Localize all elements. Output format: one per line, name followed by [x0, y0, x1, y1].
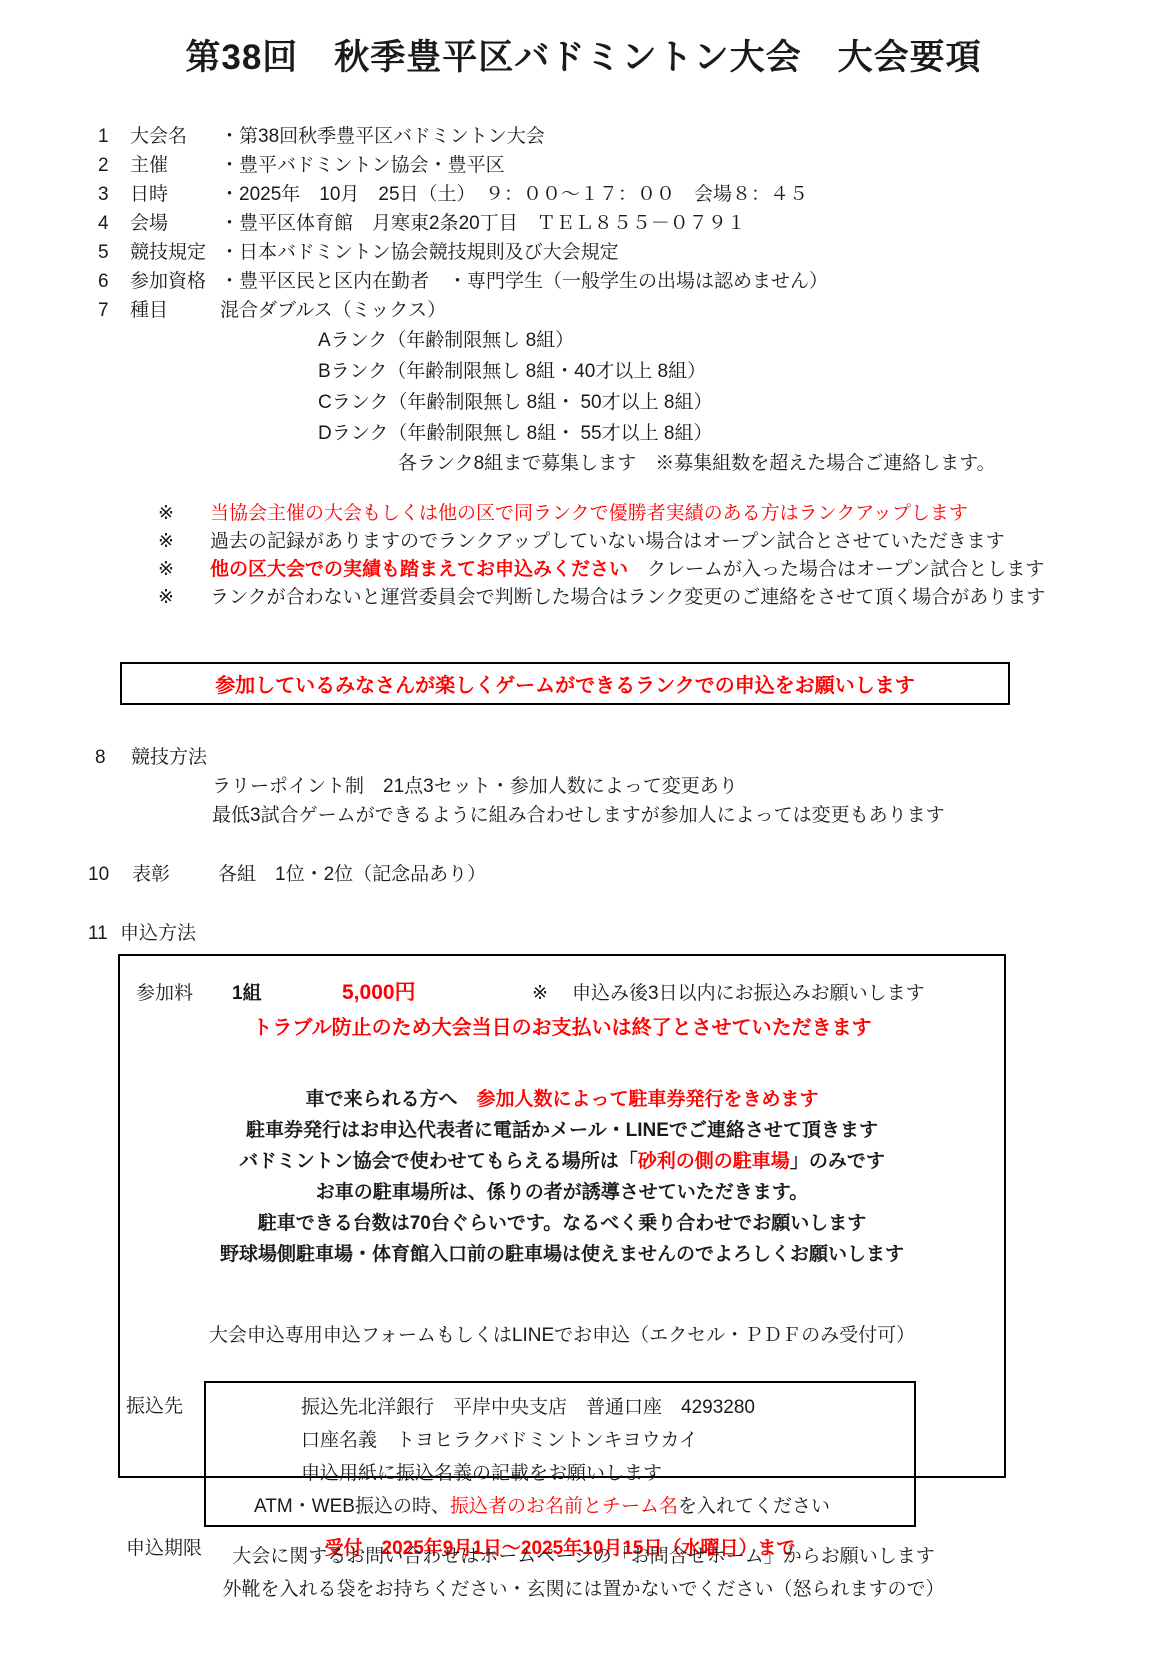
- item-number: 6: [98, 267, 130, 296]
- item-value: ・2025年 10月 25日（土） ９：００～１７：００ 会場８：４５: [220, 180, 1167, 209]
- remarks-list: ※ 当協会主催の大会もしくは他の区で同ランクで優勝者実績のある方はランクアップし…: [158, 500, 1167, 612]
- remark-text: 他の区大会での実績も踏まえてお申込みください クレームが入った場合はオープン試合…: [210, 556, 1167, 584]
- parking-line-4: お車の駐車場所は、係りの者が誘導させていただきます。: [120, 1177, 1004, 1208]
- fee-row: 参加料 1組 5,000円 ※ 申込み後3日以内にお振込みお願いします: [136, 976, 1004, 1006]
- remark-marker: ※: [158, 584, 210, 612]
- item-value: ・豊平バドミントン協会・豊平区: [220, 151, 1167, 180]
- remark-other-wards: ※ 他の区大会での実績も踏まえてお申込みください クレームが入った場合はオープン…: [158, 556, 1167, 584]
- remark-black: ランクが合わないと運営委員会で判断した場合はランク変更のご連絡をさせて頂く場合が…: [210, 587, 1045, 608]
- item-value: ・豊平区体育館 月寒東2条20丁目 ＴＥＬ８５５－０７９１: [220, 209, 1167, 238]
- item-value: 混合ダブルス（ミックス）: [220, 296, 1167, 325]
- bank-atm-post: を入れてください: [678, 1496, 830, 1517]
- fee-note: 申込み後3日以内にお振込みお願いします: [572, 978, 925, 1005]
- item-number: 3: [98, 180, 130, 209]
- rank-list: Aランク（年齢制限無し 8組） Bランク（年齢制限無し 8組・40才以上 8組）…: [318, 325, 1167, 449]
- section-label: 表彰: [132, 860, 218, 889]
- parking-line-2: 駐車券発行はお申込代表者に電話かメール・LINEでご連絡させて頂きます: [120, 1115, 1004, 1146]
- info-row-datetime: 3 日時 ・2025年 10月 25日（土） ９：００～１７：００ 会場８：４５: [98, 180, 1167, 209]
- request-banner-text: 参加しているみなさんが楽しくゲームができるランクでの申込をお願いします: [215, 675, 915, 697]
- info-row-tournament-name: 1 大会名 ・第38回秋季豊平区バドミントン大会: [98, 122, 1167, 151]
- section-number: 11: [88, 919, 120, 948]
- remark-black: クレームが入った場合はオープン試合とします: [628, 559, 1044, 580]
- remark-committee: ※ ランクが合わないと運営委員会で判断した場合はランク変更のご連絡をさせて頂く場…: [158, 584, 1167, 612]
- parking-info: 車で来られる方へ 参加人数によって駐車券発行をきめます 駐車券発行はお申込代表者…: [120, 1084, 1004, 1270]
- rank-d: Dランク（年齢制限無し 8組・ 55才以上 8組）: [318, 418, 1167, 449]
- fee-unit: 1組: [232, 978, 342, 1005]
- item-value: ・第38回秋季豊平区バドミントン大会: [220, 122, 1167, 151]
- remark-text: 過去の記録がありますのでランクアップしていない場合はオープン試合とさせていただき…: [210, 528, 1167, 556]
- parking-line-5: 駐車できる台数は70台ぐらいです。なるべく乗り合わせでお願いします: [120, 1208, 1004, 1239]
- section-number: 8: [95, 743, 131, 772]
- parking-line3-pre: バドミントン協会で使わせてもらえる場所は「: [239, 1151, 638, 1172]
- remark-marker: ※: [158, 556, 210, 584]
- awards-text: 各組 1位・2位（記念品あり）: [218, 860, 486, 889]
- method-line-min-games: 最低3試合ゲームができるように組み合わせしますが参加人によっては変更もあります: [212, 801, 1167, 830]
- info-row-events: 7 種目 混合ダブルス（ミックス）: [98, 296, 1167, 325]
- method-heading: 8 競技方法: [95, 743, 1167, 772]
- section-number: 10: [88, 860, 132, 889]
- application-heading: 11 申込方法: [88, 919, 1167, 948]
- request-banner-box: 参加しているみなさんが楽しくゲームができるランクでの申込をお願いします: [120, 662, 1010, 705]
- item-label: 日時: [130, 180, 220, 209]
- remark-marker: ※: [158, 500, 210, 528]
- info-row-eligibility: 6 参加資格 ・豊平区民と区内在勤者 ・専門学生（一般学生の出場は認めません）: [98, 267, 1167, 296]
- item-label: 会場: [130, 209, 220, 238]
- parking-line3-red: 砂利の側の駐車場: [638, 1151, 790, 1172]
- info-row-organizer: 2 主催 ・豊平バドミントン協会・豊平区: [98, 151, 1167, 180]
- rank-recruit-note: 各ランク8組まで募集します ※募集組数を超えた場合ご連絡します。: [398, 449, 1167, 478]
- item-value: ・日本バドミントン協会競技規則及び大会規定: [220, 238, 1167, 267]
- remark-red: 当協会主催の大会もしくは他の区で同ランクで優勝者実績のある方はランクアップします: [210, 503, 968, 524]
- bank-line-note: 申込用紙に振込名義の記載をお願いします: [301, 1457, 914, 1490]
- remark-black: 過去の記録がありますのでランクアップしていない場合はオープン試合とさせていただき…: [210, 531, 1005, 552]
- info-row-rules: 5 競技規定 ・日本バドミントン協会競技規則及び大会規定: [98, 238, 1167, 267]
- item-label: 主催: [130, 151, 220, 180]
- bank-transfer-row: 振込先 振込先北洋銀行 平岸中央支店 普通口座 4293280 口座名義 トヨヒ…: [120, 1381, 1004, 1527]
- remark-records: ※ 過去の記録がありますのでランクアップしていない場合はオープン試合とさせていた…: [158, 528, 1167, 556]
- item-number: 2: [98, 151, 130, 180]
- parking-line3-post: 」のみです: [790, 1151, 885, 1172]
- fee-label: 参加料: [136, 978, 232, 1005]
- bank-line-atm: ATM・WEB振込の時、振込者のお名前とチーム名を入れてください: [254, 1490, 914, 1523]
- fee-price: 5,000円: [342, 976, 532, 1006]
- fee-warning: トラブル防止のため大会当日のお支払いは終了とさせていただきます: [120, 1011, 1004, 1040]
- remark-red-bold: 他の区大会での実績も踏まえてお申込みください: [210, 559, 628, 580]
- item-value: ・豊平区民と区内在勤者 ・専門学生（一般学生の出場は認めません）: [220, 267, 1167, 296]
- rank-a: Aランク（年齢制限無し 8組）: [318, 325, 1167, 356]
- section-label: 申込方法: [120, 919, 196, 948]
- rank-b: Bランク（年齢制限無し 8組・40才以上 8組）: [318, 356, 1167, 387]
- bank-box: 振込先北洋銀行 平岸中央支店 普通口座 4293280 口座名義 トヨヒラクバド…: [204, 1381, 916, 1527]
- section-label: 競技方法: [131, 743, 207, 772]
- bank-label: 振込先: [126, 1381, 204, 1527]
- bank-line-account: 振込先北洋銀行 平岸中央支店 普通口座 4293280: [301, 1391, 914, 1424]
- parking-line-3: バドミントン協会で使わせてもらえる場所は「砂利の側の駐車場」のみです: [120, 1146, 1004, 1177]
- parking-line-1: 車で来られる方へ 参加人数によって駐車券発行をきめます: [120, 1084, 1004, 1115]
- item-label: 種目: [130, 296, 220, 325]
- bank-atm-pre: ATM・WEB振込の時、: [254, 1496, 450, 1517]
- remark-text: ランクが合わないと運営委員会で判断した場合はランク変更のご連絡をさせて頂く場合が…: [210, 584, 1167, 612]
- item-number: 5: [98, 238, 130, 267]
- info-row-venue: 4 会場 ・豊平区体育館 月寒東2条20丁目 ＴＥＬ８５５－０７９１: [98, 209, 1167, 238]
- item-label: 競技規定: [130, 238, 220, 267]
- method-line-rally: ラリーポイント制 21点3セット・参加人数によって変更あり: [212, 772, 1167, 801]
- remark-rankup: ※ 当協会主催の大会もしくは他の区で同ランクで優勝者実績のある方はランクアップし…: [158, 500, 1167, 528]
- fee-note-marker: ※: [532, 982, 572, 1005]
- parking-line1-black: 車で来られる方へ: [305, 1089, 476, 1110]
- item-number: 4: [98, 209, 130, 238]
- method-lines: ラリーポイント制 21点3セット・参加人数によって変更あり 最低3試合ゲームがで…: [212, 772, 1167, 830]
- awards-heading: 10 表彰 各組 1位・2位（記念品あり）: [88, 860, 1167, 889]
- info-list: 1 大会名 ・第38回秋季豊平区バドミントン大会 2 主催 ・豊平バドミントン協…: [98, 122, 1167, 478]
- deadline-label: 申込期限: [126, 1533, 204, 1560]
- rank-c: Cランク（年齢制限無し 8組・ 50才以上 8組）: [318, 387, 1167, 418]
- remark-text: 当協会主催の大会もしくは他の区で同ランクで優勝者実績のある方はランクアップします: [210, 500, 1167, 528]
- bank-atm-red: 振込者のお名前とチーム名: [450, 1496, 678, 1517]
- item-number: 7: [98, 296, 130, 325]
- footer-shoes-line: 外靴を入れる袋をお持ちください・玄関には置かないでください（怒られますので）: [0, 1573, 1167, 1606]
- remark-marker: ※: [158, 528, 210, 556]
- bank-line-holder: 口座名義 トヨヒラクバドミントンキヨウカイ: [301, 1424, 914, 1457]
- application-box: 参加料 1組 5,000円 ※ 申込み後3日以内にお振込みお願いします トラブル…: [118, 954, 1006, 1478]
- item-label: 大会名: [130, 122, 220, 151]
- page-title: 第38回 秋季豊平区バドミントン大会 大会要項: [0, 0, 1167, 80]
- application-form-line: 大会申込専用申込フォームもしくはLINEでお申込（エクセル・ＰＤＦのみ受付可）: [120, 1320, 1004, 1347]
- item-label: 参加資格: [130, 267, 220, 296]
- document-page: 第38回 秋季豊平区バドミントン大会 大会要項 1 大会名 ・第38回秋季豊平区…: [0, 0, 1167, 1661]
- parking-line1-red: 参加人数によって駐車券発行をきめます: [477, 1089, 819, 1110]
- item-number: 1: [98, 122, 130, 151]
- parking-line-6: 野球場側駐車場・体育館入口前の駐車場は使えませんのでよろしくお願いします: [120, 1239, 1004, 1270]
